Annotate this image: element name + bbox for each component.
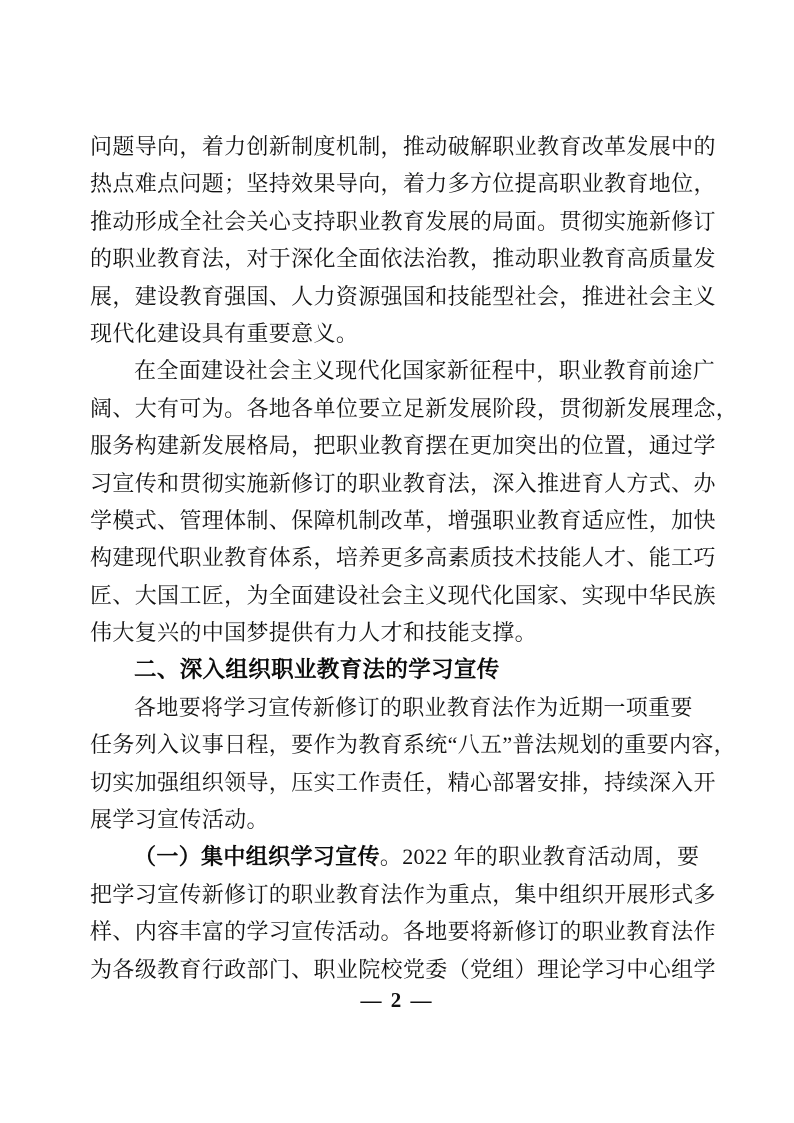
body-line: 展，建设教育强国、人力资源强国和技能型社会，推进社会主义 — [90, 278, 730, 315]
section-heading: 二、深入组织职业教育法的学习宣传 — [90, 651, 730, 688]
page-number: — 2 — — [361, 988, 434, 1012]
body-line: 的职业教育法，对于深化全面依法治教，推动职业教育高质量发 — [90, 240, 730, 277]
body-line: 服务构建新发展格局，把职业教育摆在更加突出的位置，通过学 — [90, 427, 730, 464]
body-line: 热点难点问题；坚持效果导向，着力多方位提高职业教育地位， — [90, 165, 730, 202]
body-line: 任务列入议事日程，要作为教育系统“八五”普法规划的重要内容， — [90, 726, 730, 763]
document-page: 问题导向，着力创新制度机制，推动破解职业教育改革发展中的 热点难点问题；坚持效果… — [0, 0, 794, 1123]
body-line: 现代化建设具有重要意义。 — [90, 315, 730, 352]
body-line: 问题导向，着力创新制度机制，推动破解职业教育改革发展中的 — [90, 128, 730, 165]
body-line: 学模式、管理体制、保障机制改革，增强职业教育适应性，加快 — [90, 502, 730, 539]
page-footer: — 2 — — [0, 988, 794, 1013]
body-line: 把学习宣传新修订的职业教育法作为重点，集中组织开展形式多 — [90, 876, 730, 913]
body-line: 习宣传和贯彻实施新修订的职业教育法，深入推进育人方式、办 — [90, 465, 730, 502]
body-line: 在全面建设社会主义现代化国家新征程中，职业教育前途广 — [90, 352, 730, 389]
subsection-title: （一）集中组织学习宣传 — [134, 844, 380, 869]
body-line: 切实加强组织领导，压实工作责任，精心部署安排，持续深入开 — [90, 764, 730, 801]
body-text: 。2022 年的职业教育活动周，要 — [380, 844, 699, 869]
body-line: 样、内容丰富的学习宣传活动。各地要将新修订的职业教育法作 — [90, 913, 730, 950]
body-line: （一）集中组织学习宣传。2022 年的职业教育活动周，要 — [90, 838, 730, 875]
body-line: 伟大复兴的中国梦提供有力人才和技能支撑。 — [90, 614, 730, 651]
body-line: 阔、大有可为。各地各单位要立足新发展阶段，贯彻新发展理念， — [90, 390, 730, 427]
body-line: 各地要将学习宣传新修订的职业教育法作为近期一项重要 — [90, 689, 730, 726]
body-line: 推动形成全社会关心支持职业教育发展的局面。贯彻实施新修订 — [90, 203, 730, 240]
body-line: 为各级教育行政部门、职业院校党委（党组）理论学习中心组学 — [90, 951, 730, 988]
body-line: 匠、大国工匠，为全面建设社会主义现代化国家、实现中华民族 — [90, 577, 730, 614]
document-body: 问题导向，着力创新制度机制，推动破解职业教育改革发展中的 热点难点问题；坚持效果… — [90, 128, 730, 988]
body-line: 构建现代职业教育体系，培养更多高素质技术技能人才、能工巧 — [90, 539, 730, 576]
body-line: 展学习宣传活动。 — [90, 801, 730, 838]
